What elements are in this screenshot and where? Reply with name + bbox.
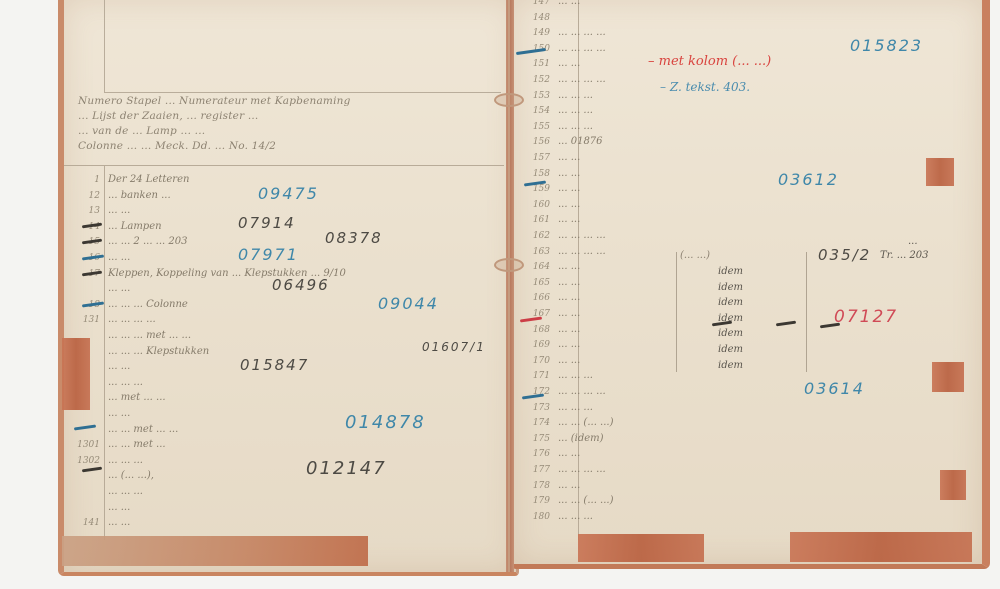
idem-mark: idem [718,328,743,339]
entry-text: ... ... [558,355,580,366]
binding-knot [494,258,524,272]
entry-number: 162 [514,228,550,244]
ledger-entry: 155... ... ... [514,119,593,135]
ledger-entry: ... ... [64,281,130,297]
code-number: 07971 [238,245,299,264]
entry-text: ... ... [558,324,580,335]
entry-number: 12 [64,188,100,204]
entry-text: ... ... [558,58,580,69]
entry-number: 179 [514,493,550,509]
brace-left [676,252,677,372]
ledger-entry: 177... ... ... ... [514,462,606,478]
ledger-entry: 171... ... ... [514,368,593,384]
ledger-entry: 165... ... [514,275,580,291]
idem-mark: idem [718,266,743,277]
entry-text: ... ... [558,214,580,225]
ledger-entry: 1302... ... ... [64,453,143,469]
entry-text: ... ... [108,205,130,216]
heading-line: Numero Stapel ... Numerateur met Kapbena… [78,94,498,109]
code-number: 06496 [272,276,330,294]
entry-number: 149 [514,25,550,41]
entry-number: 174 [514,415,550,431]
heading-line: ... van de ... Lamp ... ... [78,124,498,139]
ledger-entry: 178... ... [514,478,580,494]
entry-text: ... ... ... ... [558,230,606,241]
entry-text: ... ... met ... [108,439,166,450]
entry-number: 13 [64,203,100,219]
entry-text: ... ... [108,517,130,528]
ledger-entry: 176... ... [514,446,580,462]
ledger-entry: ... (... ...), [64,468,154,484]
entry-text: ... ... [108,502,130,513]
entry-text: ... ... [558,292,580,303]
ledger-entry: 154... ... ... [514,103,593,119]
entry-number: 158 [514,166,550,182]
entry-text: ... ... [108,408,130,419]
entry-number: 1 [64,172,100,188]
entry-number: 141 [64,515,100,531]
ledger-entry: 1301... ... met ... [64,437,166,453]
ledger-entry: 169... ... [514,337,580,353]
ledger-entry: 180... ... ... [514,509,593,525]
ledger-entry: 164... ... [514,259,580,275]
ledger-entry: 157... ... [514,150,580,166]
ledger-book-photo: Numero Stapel ... Numerateur met Kapbena… [0,0,1000,589]
idem-mark: idem [718,344,743,355]
entry-number: 156 [514,134,550,150]
entry-text: ... ... ... [558,105,593,116]
entry-number: 157 [514,150,550,166]
ledger-entry: ... ... ... [64,484,143,500]
entry-text: ... ... ... [108,455,143,466]
ledger-entry: 147... ... [514,0,580,10]
ledger-entry: 152... ... ... ... [514,72,606,88]
ledger-entry: 163... ... ... ... [514,244,606,260]
entry-number: 176 [514,446,550,462]
entry-number: 177 [514,462,550,478]
entry-text: ... ... ... ... [558,464,606,475]
entry-text: ... banken ... [108,190,171,201]
idem-mark: idem [718,297,743,308]
entry-text: ... ... ... met ... ... [108,330,191,341]
entry-text: ... ... (... ...) [558,417,613,428]
entry-number: 152 [514,72,550,88]
entry-text: ... 01876 [558,136,603,147]
entry-number: 169 [514,337,550,353]
paper-tape-repair [926,158,954,186]
entry-text: ... ... ... ... [558,43,606,54]
code-number: 015823 [850,36,923,55]
ledger-entry: 156... 01876 [514,134,603,150]
entry-text: ... ... ... ... [558,246,606,257]
entry-number: 160 [514,197,550,213]
ledger-entry: 170... ... [514,353,580,369]
entry-text: ... ... [558,480,580,491]
entry-number: 175 [514,431,550,447]
brace-label: (... ...) [680,250,710,261]
entry-text: ... ... ... [558,90,593,101]
entry-number: 168 [514,322,550,338]
entry-text: ... ... [558,261,580,272]
code-number: 03612 [778,170,839,189]
binding-string [508,0,510,572]
entry-text: ... ... [558,0,580,7]
paper-tape-repair [932,362,964,392]
code-number: 03614 [804,379,865,398]
binding-knot [494,93,524,107]
ledger-entry: 173... ... ... [514,400,593,416]
idem-mark: idem [718,360,743,371]
paper-tape-repair [578,534,704,562]
entry-number: 1302 [64,453,100,469]
ledger-entry: 131... ... ... ... [64,312,156,328]
entry-text: ... ... ... ... [558,386,606,397]
entry-number: 161 [514,212,550,228]
entry-text: ... ... ... Colonne [108,299,188,310]
entry-text: ... ... ... [558,121,593,132]
ledger-entry: 1Der 24 Letteren [64,172,189,188]
paper-tape-repair [62,536,368,566]
entry-text: ... ... [108,252,130,263]
code-number: 035/2 [818,246,871,264]
entry-number: 180 [514,509,550,525]
entry-text: ... ... [558,277,580,288]
ledger-entry: ... ... [64,500,130,516]
entry-text: ... Lampen [108,221,162,232]
entry-text: ... ... ... [558,402,593,413]
entry-number: 1301 [64,437,100,453]
entry-text: ... ... [558,168,580,179]
entry-text: ... ... ... [558,370,593,381]
ledger-entry: 150... ... ... ... [514,41,606,57]
entry-text: ... ... 2 ... ... 203 [108,236,188,247]
idem-mark: idem [718,282,743,293]
entry-text: ... ... met ... ... [108,424,178,435]
entry-text: Der 24 Letteren [108,174,189,185]
ledger-entry: 12... banken ... [64,188,171,204]
rule-line [64,165,504,166]
entry-number: 155 [514,119,550,135]
entry-text: ... ... ... ... [108,314,156,325]
blue-annotation: – Z. tekst. 403. [660,80,750,94]
entry-text: ... ... ... [108,377,143,388]
code-number: 09044 [378,294,439,313]
entry-text: ... ... ... [558,511,593,522]
entry-text: ... ... [558,308,580,319]
entry-number: 147 [514,0,550,10]
entry-number: 178 [514,478,550,494]
entry-text: ... ... [108,283,130,294]
ledger-entry: 141... ... [64,515,130,531]
entry-number: 170 [514,353,550,369]
ledger-entry: 149... ... ... ... [514,25,606,41]
entry-number: 173 [514,400,550,416]
entry-number: 166 [514,290,550,306]
brace-top-note: ... [908,236,918,247]
entry-text: ... ... [558,152,580,163]
heading-line: Colonne ... ... Meck. Dd. ... No. 14/2 [78,139,498,154]
ledger-entry: 13... ... [64,203,130,219]
entry-number: 148 [514,10,550,26]
entry-text: ... ... [558,199,580,210]
ledger-entry: 166... ... [514,290,580,306]
paper-tape-repair [790,532,972,562]
ledger-entry: 168... ... [514,322,580,338]
entry-text: ... (idem) [558,433,604,444]
ledger-entry: 153... ... ... [514,88,593,104]
ledger-entry: 160... ... [514,197,580,213]
entry-number: 171 [514,368,550,384]
left-page-heading: Numero Stapel ... Numerateur met Kapbena… [78,94,498,154]
code-number: 08378 [325,229,383,247]
code-number: 01607/1 [422,340,486,354]
code-number: 012147 [306,458,387,479]
entry-text: ... ... (... ...) [558,495,613,506]
ledger-entry: 158... ... [514,166,580,182]
entry-text: ... ... [108,361,130,372]
paper-tape-repair [940,470,966,500]
entry-number: 151 [514,56,550,72]
entry-text: ... ... [558,183,580,194]
ledger-entry: 148 [514,10,558,26]
code-number: 015847 [240,356,309,374]
entry-number: 131 [64,312,100,328]
entry-number: 154 [514,103,550,119]
code-number: 07914 [238,214,296,232]
entry-text: ... ... ... [108,486,143,497]
ledger-entry: ... ... met ... ... [64,422,178,438]
entry-text: ... ... ... ... [558,27,606,38]
entry-text: ... ... ... Klepstukken [108,346,209,357]
entry-text: ... ... [558,339,580,350]
entry-text: ... ... ... ... [558,74,606,85]
ledger-entry: 161... ... [514,212,580,228]
red-annotation: – met kolom (... ...) [648,54,771,69]
entry-number: 165 [514,275,550,291]
ledger-entry: 14... Lampen [64,219,162,235]
ledger-entry: 162... ... ... ... [514,228,606,244]
entry-text: ... met ... ... [108,392,166,403]
left-top-ruled-box [104,0,501,93]
ledger-entry: 174... ... (... ...) [514,415,613,431]
ledger-entry: 151... ... [514,56,580,72]
code-number: 07127 [834,307,898,327]
brace-suffix: Tr. ... 203 [880,250,929,261]
entry-number: 163 [514,244,550,260]
brace-right [806,252,807,372]
entry-text: ... (... ...), [108,470,154,481]
ledger-entry: 175... (idem) [514,431,604,447]
heading-line: ... Lijst der Zaaien, ... register ... [78,109,498,124]
entry-text: ... ... [558,448,580,459]
code-number: 014878 [345,412,426,433]
code-number: 09475 [258,184,319,203]
paper-tape-repair [62,338,90,410]
ledger-entry: 179... ... (... ...) [514,493,613,509]
